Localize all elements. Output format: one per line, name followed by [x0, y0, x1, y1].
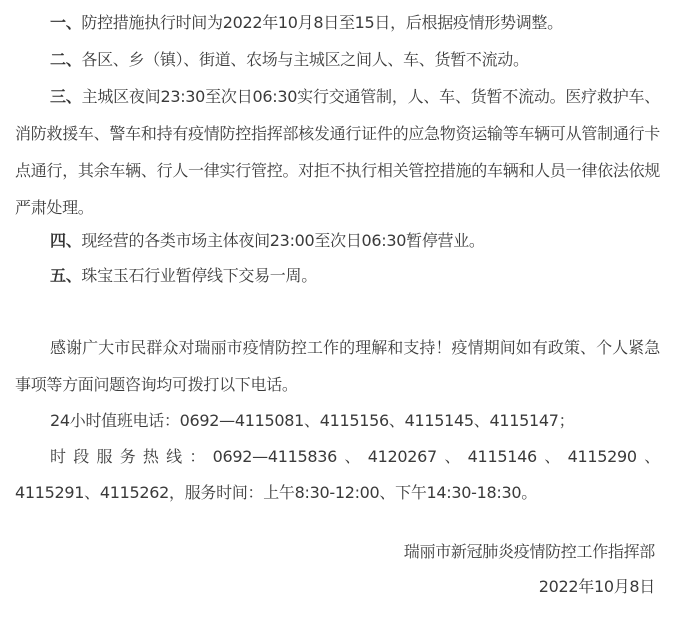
measure-number: 四、 — [50, 231, 81, 250]
signature-date: 2022年10月8日 — [539, 568, 655, 605]
measure-number: 三、 — [50, 87, 82, 106]
measure-item-3: 三、主城区夜间23:30至次日06:30实行交通管制，人、车、货暂不流动。医疗救… — [15, 78, 660, 226]
measure-text: 珠宝玉石行业暂停线下交易一周。 — [81, 266, 317, 285]
hotline-service-line1: 时段服务热线：0692—4115836、4120267、4115146、4115… — [15, 438, 660, 475]
measure-text: 主城区夜间23:30至次日06:30实行交通管制，人、车、货暂不流动。医疗救护车… — [15, 87, 660, 217]
measure-item-1: 一、防控措施执行时间为2022年10月8日至15日，后根据疫情形势调整。 — [15, 4, 660, 41]
measure-item-5: 五、珠宝玉石行业暂停线下交易一周。 — [15, 257, 660, 294]
measure-item-4: 四、现经营的各类市场主体夜间23:00至次日06:30暂停营业。 — [15, 222, 660, 259]
measure-text: 防控措施执行时间为2022年10月8日至15日，后根据疫情形势调整。 — [81, 13, 562, 32]
notice-article: 一、防控措施执行时间为2022年10月8日至15日，后根据疫情形势调整。 二、各… — [0, 0, 677, 617]
measure-number: 一、 — [50, 13, 81, 32]
hotline-24h: 24小时值班电话：0692—4115081、4115156、4115145、41… — [15, 402, 660, 439]
measure-text: 各区、乡（镇）、街道、农场与主城区之间人、车、货暂不流动。 — [81, 50, 528, 69]
thanks-paragraph: 感谢广大市民群众对瑞丽市疫情防控工作的理解和支持！疫情期间如有政策、个人紧急事项… — [15, 329, 660, 403]
measure-text: 现经营的各类市场主体夜间23:00至次日06:30暂停营业。 — [81, 231, 484, 250]
measure-item-2: 二、各区、乡（镇）、街道、农场与主城区之间人、车、货暂不流动。 — [15, 41, 660, 78]
measure-number: 五、 — [50, 266, 81, 285]
signature-organization: 瑞丽市新冠肺炎疫情防控工作指挥部 — [404, 533, 655, 570]
measure-number: 二、 — [50, 50, 81, 69]
hotline-service-line2: 4115291、4115262，服务时间：上午8:30-12:00、下午14:3… — [15, 474, 660, 511]
